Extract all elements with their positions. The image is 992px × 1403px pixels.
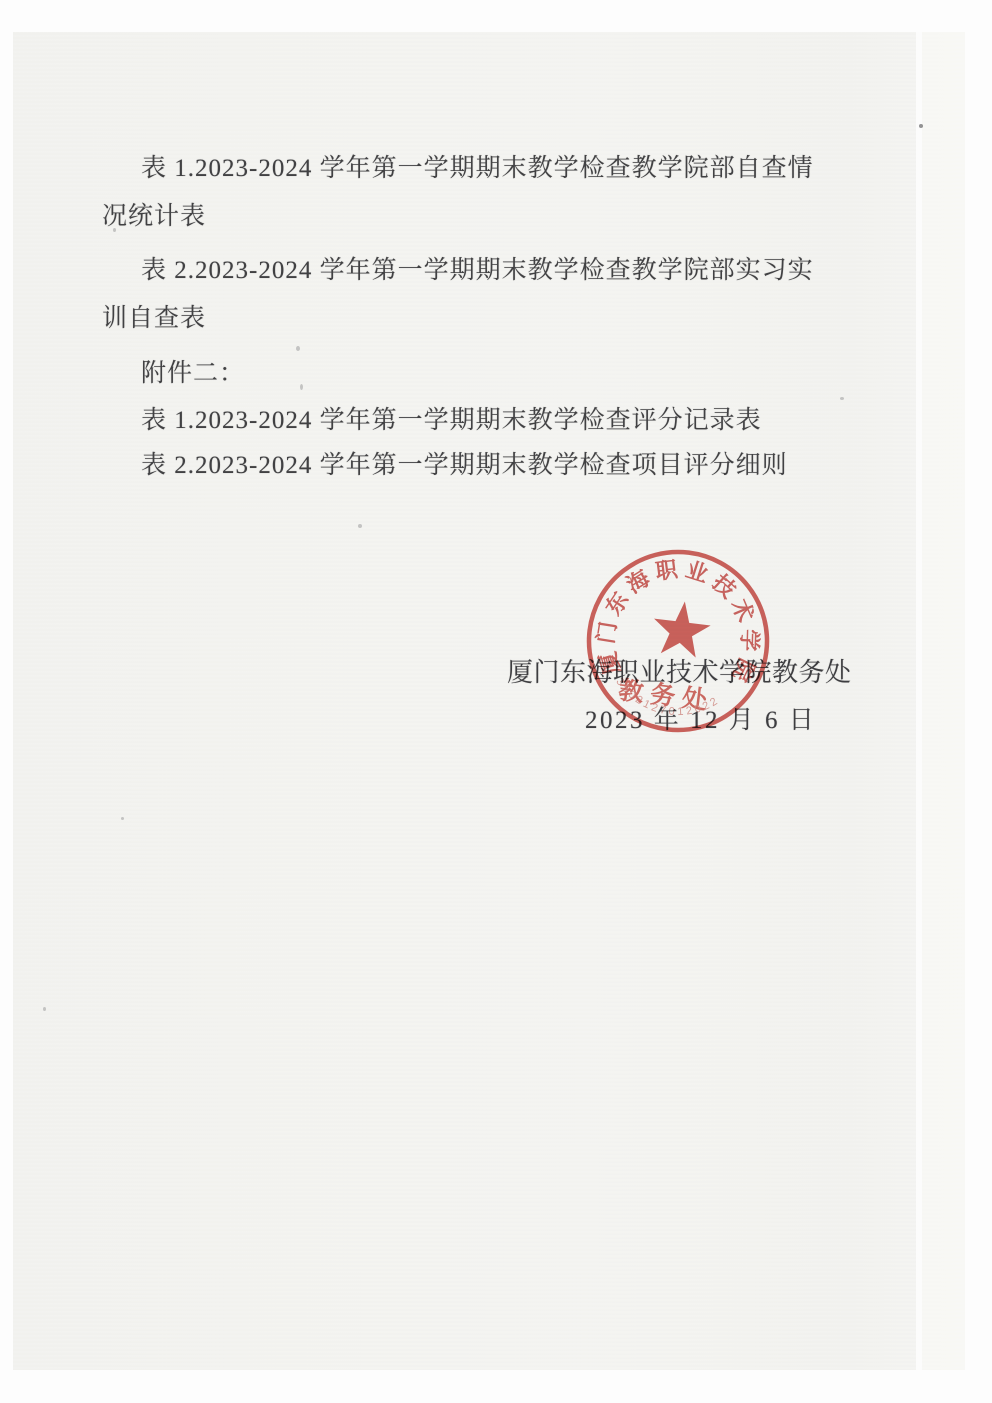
scan-speck <box>840 397 844 400</box>
scan-stripe-light-band <box>922 32 965 1370</box>
scan-speck <box>113 228 116 232</box>
scan-stripe-white <box>916 32 922 1370</box>
attachment-line-1-wrap: 况统计表 <box>102 203 206 232</box>
attachment2-line-2: 表 2.2023-2024 学年第一学期期末教学检查项目评分细则 <box>141 452 788 481</box>
scan-speck <box>358 524 362 528</box>
attachment-line-1: 表 1.2023-2024 学年第一学期期末教学检查教学院部自查情 <box>141 155 814 184</box>
paper-sheet: 表 1.2023-2024 学年第一学期期末教学检查教学院部自查情 况统计表 表… <box>13 32 965 1370</box>
scanned-document-page: 表 1.2023-2024 学年第一学期期末教学检查教学院部自查情 况统计表 表… <box>0 0 992 1403</box>
attachment-heading-2: 附件二： <box>141 360 245 389</box>
scan-speck <box>296 346 300 351</box>
scan-speck <box>300 384 303 390</box>
seal-star-icon <box>650 598 713 659</box>
scan-speck <box>43 1007 46 1011</box>
attachment-line-2-wrap: 训自查表 <box>102 305 206 334</box>
scan-speck <box>919 124 923 128</box>
scan-speck <box>121 817 124 820</box>
official-seal-stamp: 厦门东海职业技术学院 教务处 3502127012022 <box>553 516 803 766</box>
attachment2-line-1: 表 1.2023-2024 学年第一学期期末教学检查评分记录表 <box>141 407 762 436</box>
attachment-line-2: 表 2.2023-2024 学年第一学期期末教学检查教学院部实习实 <box>141 257 814 286</box>
